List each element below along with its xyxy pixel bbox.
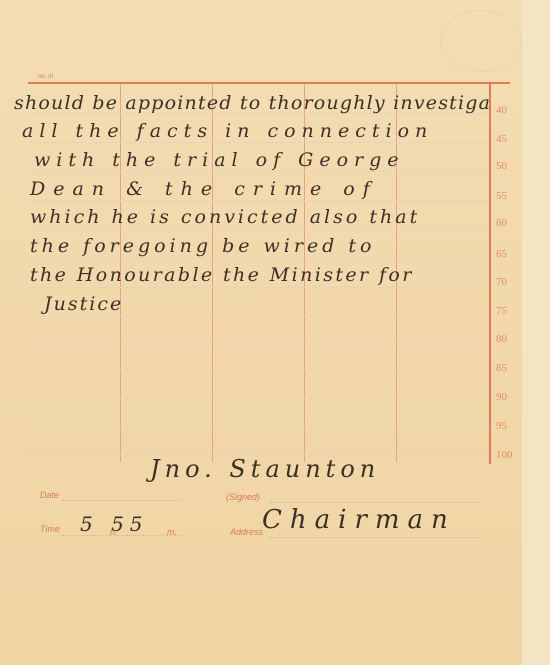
date-label: Date xyxy=(40,490,59,500)
ruled-line xyxy=(28,229,488,230)
margin-number: 65 xyxy=(496,248,507,260)
ruled-line xyxy=(28,369,488,370)
ruled-line xyxy=(28,142,488,143)
ruled-line xyxy=(28,171,488,172)
page-edge xyxy=(522,0,550,665)
address-line xyxy=(268,537,480,538)
ruled-line xyxy=(28,398,488,399)
margin-number: 40 xyxy=(496,104,507,116)
margin-number: 100 xyxy=(496,449,513,461)
ruled-line xyxy=(28,341,488,342)
ruled-line xyxy=(28,200,488,201)
handwritten-line: Justice xyxy=(44,293,123,315)
header-label: no. of xyxy=(38,74,53,80)
top-rule xyxy=(28,82,510,84)
margin-number: 85 xyxy=(496,362,507,374)
margin-rule xyxy=(489,84,491,464)
margin-number: 45 xyxy=(496,133,507,145)
handwritten-line: should be appointed to thoroughly invest… xyxy=(14,92,491,114)
telegram-paper: no. of 40 45 50 55 60 65 70 75 80 85 90 … xyxy=(0,0,522,665)
signature-title: Chairman xyxy=(262,505,456,535)
margin-number: 60 xyxy=(496,217,507,229)
ruled-line xyxy=(28,316,488,317)
margin-number: 55 xyxy=(496,190,507,202)
signed-label: (Signed) xyxy=(226,492,260,502)
ruled-line xyxy=(28,287,488,288)
minute-suffix: m. xyxy=(167,527,177,537)
ruled-line xyxy=(28,258,488,259)
margin-number: 70 xyxy=(496,276,507,288)
handwritten-line: all the facts in connection xyxy=(22,120,433,142)
handwritten-line: the Honourable the Minister for xyxy=(30,264,414,286)
ruled-line xyxy=(28,427,488,428)
handwritten-line: the foregoing be wired to xyxy=(30,235,375,257)
handwritten-line: with the trial of George xyxy=(34,149,405,171)
handwritten-line: which he is convicted also that xyxy=(30,206,420,228)
margin-number: 50 xyxy=(496,160,507,172)
margin-number: 90 xyxy=(496,391,507,403)
address-label: Address xyxy=(230,527,263,537)
time-label: Time xyxy=(40,524,60,534)
margin-number: 75 xyxy=(496,305,507,317)
signature-name: Jno. Staunton xyxy=(150,455,380,483)
signed-line xyxy=(270,502,480,503)
hour-suffix: h. xyxy=(110,527,118,537)
handwritten-line: Dean & the crime of xyxy=(30,178,378,200)
date-line xyxy=(62,500,182,501)
faint-stamp xyxy=(440,10,522,72)
margin-number: 95 xyxy=(496,420,507,432)
margin-number: 80 xyxy=(496,333,507,345)
